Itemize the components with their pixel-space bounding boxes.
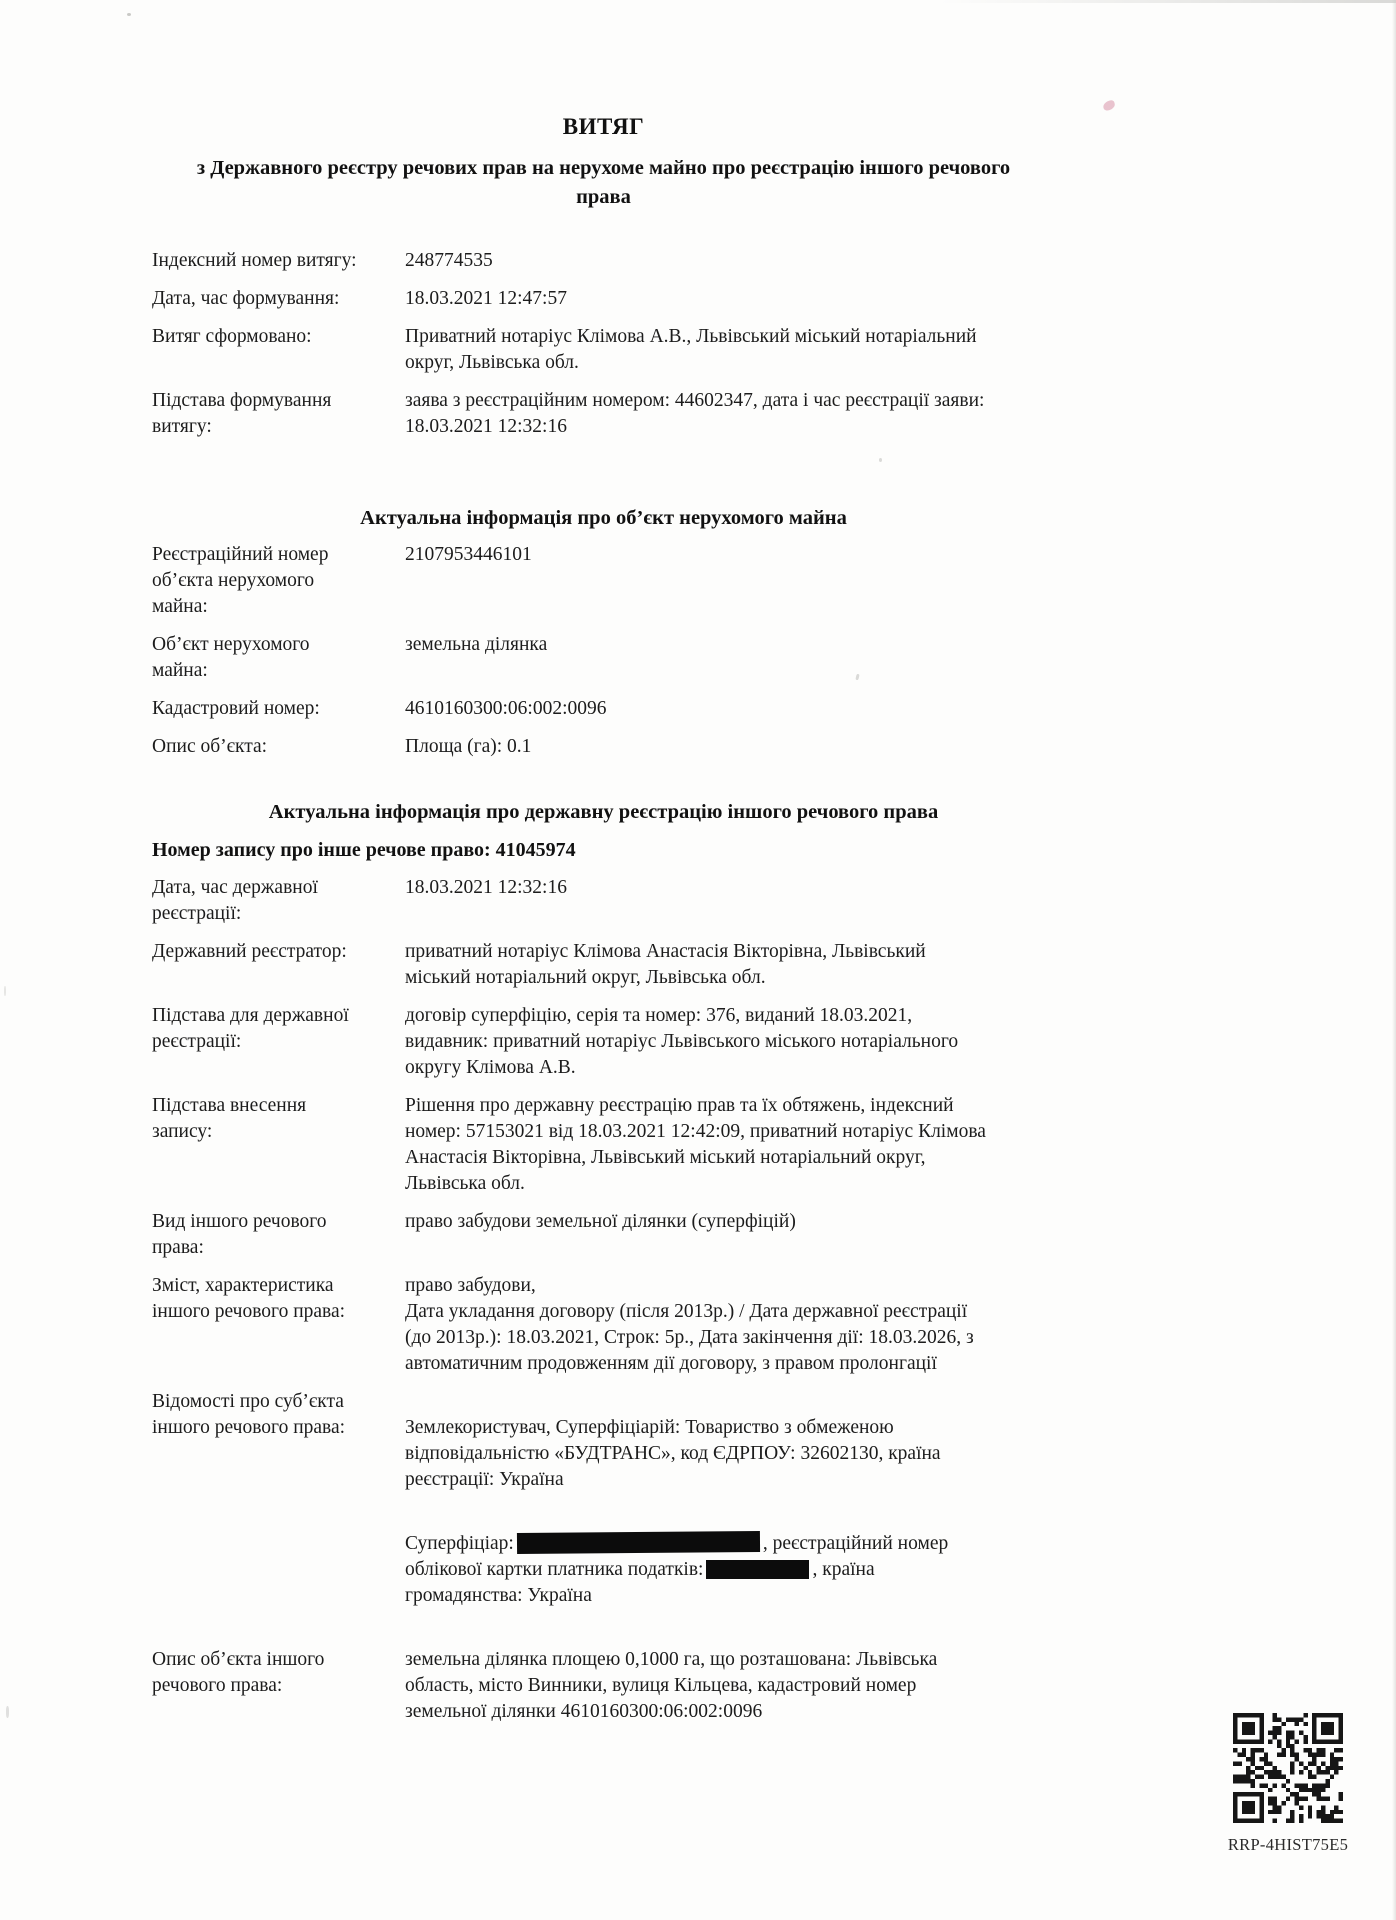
document-subtitle: з Державного реєстру речових прав на нер… [152,154,1055,212]
field-value: земельна ділянка площею 0,1000 га, що ро… [405,1647,1055,1725]
field-value: 18.03.2021 12:32:16 [405,875,1055,927]
document-page: ВИТЯГ з Державного реєстру речових прав … [0,0,1396,1920]
field-label: Підстава внесення запису: [152,1093,405,1197]
scan-speck [6,1706,9,1718]
subject-paragraph-person: Суперфіціар:, реєстраційний номер обліко… [405,1531,1055,1609]
superficiary-prefix: Суперфіціар: [405,1533,514,1554]
field-row-record-entry-basis: Підстава внесення запису: Рішення про де… [152,1093,1055,1197]
document-title: ВИТЯГ [152,112,1055,142]
field-row-formation-basis: Підстава формування витягу: заява з реєс… [152,388,1055,440]
field-value: 2107953446101 [405,542,1055,620]
field-value: Землекористувач, Суперфіціарій: Товарист… [405,1389,1055,1635]
field-label: Підстава для державної реєстрації: [152,1003,405,1081]
scan-edge-right [1392,0,1396,1920]
field-value: Приватний нотаріус Клімова А.В., Львівсь… [405,324,1055,376]
field-row-subject-info: Відомості про суб’єкта іншого речового п… [152,1389,1055,1635]
field-label: Дата, час державної реєстрації: [152,875,405,927]
field-value: 4610160300:06:002:0096 [405,696,1055,722]
field-label: Вид іншого речового права: [152,1209,405,1261]
field-value: право забудови земельної ділянки (суперф… [405,1209,1055,1261]
field-value: заява з реєстраційним номером: 44602347,… [405,388,1055,440]
field-label: Підстава формування витягу: [152,388,405,440]
field-row-formation-datetime: Дата, час формування: 18.03.2021 12:47:5… [152,286,1055,312]
field-label: Реєстраційний номер об’єкта нерухомого м… [152,542,405,620]
field-label: Дата, час формування: [152,286,405,312]
pink-ink-mark [1102,99,1116,111]
field-label: Зміст, характеристика іншого речового пр… [152,1273,405,1377]
field-label: Державний реєстратор: [152,939,405,991]
field-row-right-object-description: Опис об’єкта іншого речового права: земе… [152,1647,1055,1725]
field-value: Площа (га): 0.1 [405,734,1055,760]
field-label: Індексний номер витягу: [152,248,405,274]
scan-speck [4,986,6,996]
record-number-line: Номер запису про інше речове право: 4104… [152,837,1055,863]
scan-speck [127,13,131,16]
scan-edge-top [940,0,1396,3]
section-heading-object-info: Актуальна інформація про об’єкт нерухомо… [152,505,1055,531]
qr-block: RRP-4HIST75E5 [1233,1713,1343,1855]
field-value: земельна ділянка [405,632,1055,684]
field-value: приватний нотаріус Клімова Анастасія Вік… [405,939,1055,991]
field-value: 248774535 [405,248,1055,274]
field-row-formed-by: Витяг сформовано: Приватний нотаріус Клі… [152,324,1055,376]
field-row-state-registrar: Державний реєстратор: приватний нотаріус… [152,939,1055,991]
field-row-state-registration-datetime: Дата, час державної реєстрації: 18.03.20… [152,875,1055,927]
field-row-registration-number: Реєстраційний номер об’єкта нерухомого м… [152,542,1055,620]
redaction-bar-tax-number [706,1560,809,1579]
field-label: Об’єкт нерухомого майна: [152,632,405,684]
object-fields: Реєстраційний номер об’єкта нерухомого м… [152,542,1055,760]
field-label: Опис об’єкта іншого речового права: [152,1647,405,1725]
field-value: договір суперфіцію, серія та номер: 376,… [405,1003,1055,1081]
right-fields: Дата, час державної реєстрації: 18.03.20… [152,875,1055,1725]
qr-code [1233,1713,1343,1823]
qr-code-label: RRP-4HIST75E5 [1213,1835,1363,1855]
field-value: право забудови, Дата укладання договору … [405,1273,1055,1377]
field-row-index-number: Індексний номер витягу: 248774535 [152,248,1055,274]
header-fields: Індексний номер витягу: 248774535 Дата, … [152,248,1055,440]
field-label: Витяг сформовано: [152,324,405,376]
field-value: 18.03.2021 12:47:57 [405,286,1055,312]
document-content: ВИТЯГ з Державного реєстру речових прав … [152,112,1055,1737]
field-label: Кадастровий номер: [152,696,405,722]
subject-paragraph-company: Землекористувач, Суперфіціарій: Товарист… [405,1415,1055,1493]
field-row-right-type: Вид іншого речового права: право забудов… [152,1209,1055,1261]
field-row-right-content: Зміст, характеристика іншого речового пр… [152,1273,1055,1377]
field-value: Рішення про державну реєстрацію прав та … [405,1093,1055,1197]
field-row-object-description: Опис об’єкта: Площа (га): 0.1 [152,734,1055,760]
field-label: Відомості про суб’єкта іншого речового п… [152,1389,405,1635]
field-row-cadastral-number: Кадастровий номер: 4610160300:06:002:009… [152,696,1055,722]
section-heading-right-registration: Актуальна інформація про державну реєстр… [152,799,1055,825]
redaction-bar-name [517,1531,760,1554]
field-label: Опис об’єкта: [152,734,405,760]
field-row-registration-basis: Підстава для державної реєстрації: догов… [152,1003,1055,1081]
field-row-object-type: Об’єкт нерухомого майна: земельна ділянк… [152,632,1055,684]
